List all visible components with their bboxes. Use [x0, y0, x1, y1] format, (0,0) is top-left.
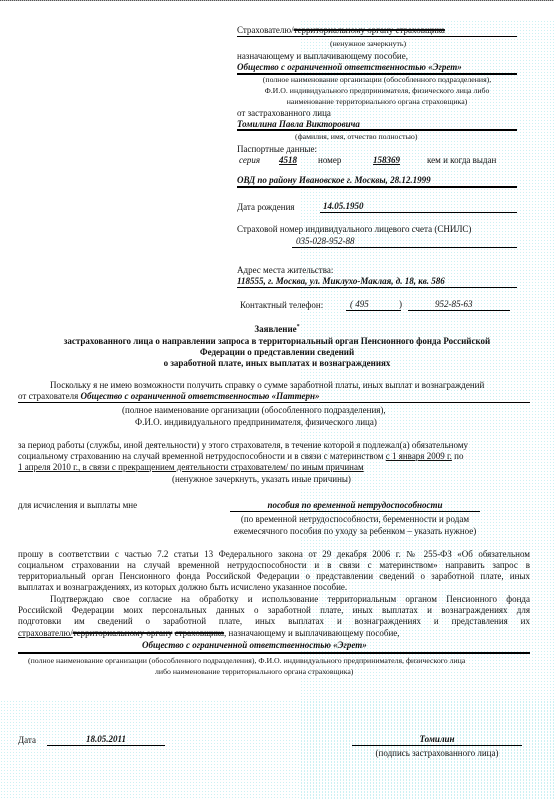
underline	[18, 402, 530, 403]
paragraph-line: социальному страхованию на случай времен…	[18, 451, 463, 461]
hint: (полное наименование организации (обособ…	[122, 405, 386, 415]
struck-text: территориальному органу	[73, 628, 173, 638]
birth-date-value[interactable]: 14.05.1950	[323, 201, 364, 211]
date-label: Дата	[18, 735, 36, 745]
snils-label: Страховой номер индивидуального лицевого…	[237, 224, 471, 234]
hint: (полное наименование организации (обособ…	[28, 656, 465, 665]
paragraph-line: прошу в соответствии с частью 7.2 статьи…	[18, 549, 530, 559]
underline	[230, 511, 480, 512]
underline	[237, 129, 517, 131]
series-label: серия	[239, 155, 260, 165]
hint: (полное наименование организации (обособ…	[237, 75, 517, 84]
underline	[320, 212, 517, 213]
passport-number[interactable]: 158369	[373, 155, 400, 165]
employer-name[interactable]: Общество с ограниченной ответственностью…	[237, 62, 462, 72]
benefit-label: для исчисления и выплаты мне	[18, 500, 137, 510]
consent-employer-name[interactable]: Общество с ограниченной ответственностью…	[142, 640, 367, 650]
period-end-and-reason[interactable]: 1 апреля 2010 г., в связи с прекращением…	[18, 462, 364, 472]
birth-date-label: Дата рождения	[237, 202, 295, 212]
snils-value[interactable]: 035-028-952-88	[296, 236, 355, 246]
number-label: номер	[318, 155, 341, 165]
signing-date[interactable]: 18.05.2011	[47, 734, 165, 744]
hint: (ненужное зачеркнуть, указать иные причи…	[172, 474, 351, 484]
title-line: Федерации о представлении сведений	[0, 347, 554, 357]
underline	[237, 287, 517, 288]
paragraph-line: Поскольку я не имею возможности получить…	[50, 380, 484, 390]
footnote-asterisk: *	[297, 324, 300, 330]
hint: Ф.И.О. индивидуального предпринимателя, …	[135, 417, 377, 427]
struck-text: страховщика	[175, 628, 224, 638]
underline	[408, 310, 510, 311]
from-insurer-label: от страхователя	[18, 391, 78, 401]
hint: наименование территориального органа стр…	[237, 97, 517, 106]
paragraph-line: социальном страховании на случай временн…	[18, 560, 530, 570]
paragraph-line: Подтверждаю свое согласие на обработку и…	[50, 594, 530, 604]
hint: (по временной нетрудоспособности, береме…	[230, 514, 480, 524]
insured-person-name[interactable]: Томилина Павла Викторовича	[237, 119, 360, 129]
paragraph-line: от страхователя Общество с ограниченной …	[18, 391, 320, 401]
phone-area-code[interactable]: ( 495	[350, 299, 369, 309]
phone-label: Контактный телефон:	[240, 300, 323, 310]
period-start-date[interactable]: с 1 января 2009 г.	[386, 451, 452, 461]
underline	[18, 652, 530, 654]
addressee-line: Страхователю/территориальному органу стр…	[237, 25, 445, 35]
underline	[352, 745, 522, 746]
text: , назначающему и выплачивающему пособие,	[224, 628, 399, 638]
assigning-text: назначающему и выплачивающему пособие,	[237, 51, 408, 61]
paragraph-line: Российской Федерации моих персональных д…	[18, 605, 530, 615]
hint: либо наименование территориального орган…	[155, 667, 353, 676]
paragraph-line: подготовки им сведений о заработной плат…	[18, 616, 530, 626]
underline	[346, 310, 401, 311]
addressee-insurer: Страхователю/	[237, 25, 294, 35]
underline	[292, 247, 517, 248]
issued-label: кем и когда выдан	[427, 155, 496, 165]
hint: (подпись застрахованного лица)	[352, 748, 522, 758]
phone-paren: )	[399, 299, 402, 309]
text: социальному страхованию на случай времен…	[18, 451, 383, 461]
text: по	[454, 451, 463, 461]
insurer-choice: страхователю/	[18, 628, 73, 638]
title-line: застрахованного лица о направлении запро…	[0, 336, 554, 346]
passport-series[interactable]: 4518	[279, 155, 297, 165]
address-label: Адрес места жительства:	[237, 265, 333, 275]
addressee-struck: территориальному органу страховщика	[294, 25, 445, 35]
signature[interactable]: Томилин	[352, 734, 522, 744]
benefit-type[interactable]: пособия по временной нетрудоспособности	[230, 500, 480, 510]
title-text: Заявление	[254, 324, 296, 334]
underline	[47, 745, 165, 746]
paragraph-line: страхователю/территориальному органу стр…	[18, 628, 400, 638]
title-line: о заработной плате, иных выплатах и возн…	[0, 358, 554, 368]
title-main: Заявление*	[0, 324, 554, 334]
passport-issued-by[interactable]: ОВД по району Ивановское г. Москвы, 28.1…	[237, 175, 431, 185]
hint: (фамилия, имя, отчество полностью)	[295, 132, 417, 141]
paragraph-line: выплатах и вознаграждениях, из которых д…	[18, 582, 347, 592]
hint: Ф.И.О. индивидуального предпринимателя, …	[237, 86, 517, 95]
address-value[interactable]: 118555, г. Москва, ул. Миклухо-Маклая, д…	[237, 276, 445, 286]
paragraph-line: за период работы (службы, иной деятельно…	[18, 440, 468, 450]
paragraph-line: территориальный орган Пенсионного фонда …	[18, 571, 530, 581]
hint: ежемесячного пособия по уходу за ребенко…	[220, 526, 490, 536]
phone-number[interactable]: 952-85-63	[435, 299, 473, 309]
hint: (ненужное зачеркнуть)	[330, 39, 406, 48]
underline	[237, 36, 517, 37]
passport-label: Паспортные данные:	[237, 144, 317, 154]
from-label: от застрахованного лица	[237, 108, 331, 118]
underline	[237, 186, 517, 188]
previous-employer-name[interactable]: Общество с ограниченной ответственностью…	[80, 391, 319, 401]
page-top-border	[0, 0, 554, 1]
